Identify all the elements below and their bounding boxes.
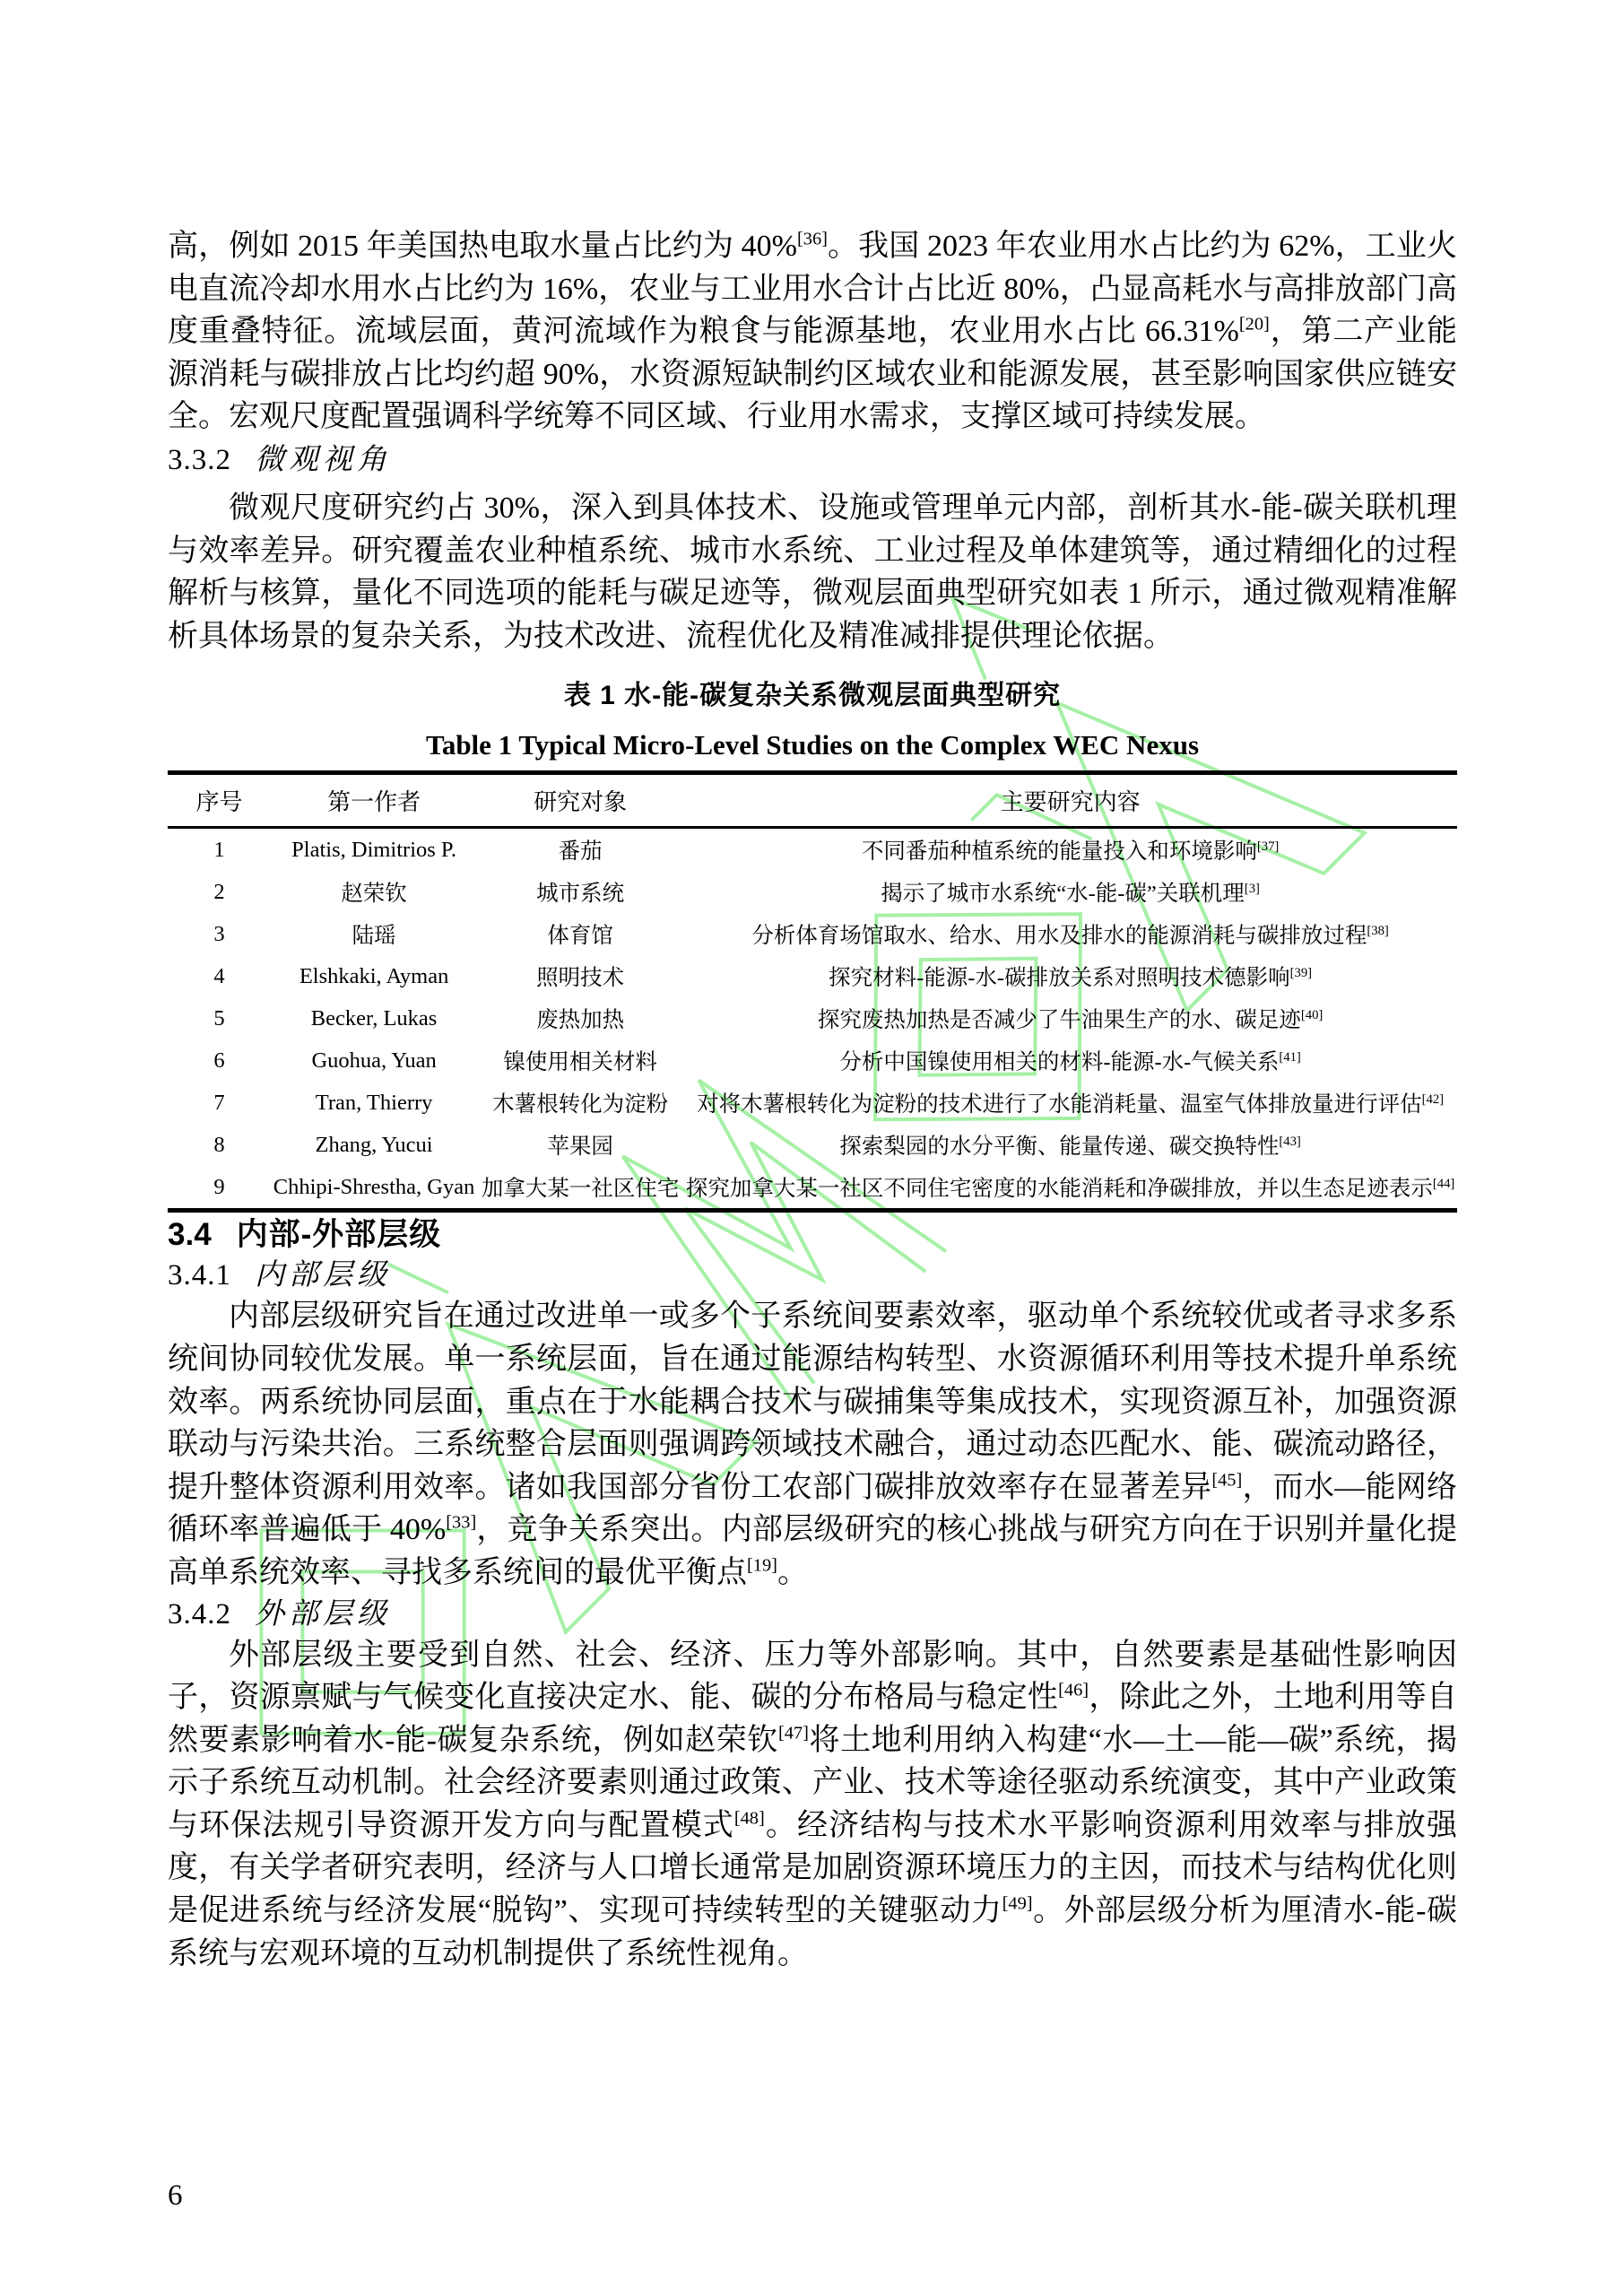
cell-content: 揭示了城市水系统“水-能-碳”关联机理[3] <box>683 876 1457 908</box>
cell-no: 3 <box>168 922 271 947</box>
table-body: 1 Platis, Dimitrios P. 番茄 不同番茄种植系统的能量投入和… <box>168 829 1457 1208</box>
heading-title: 外部层级 <box>255 1598 391 1631</box>
cell-author: Tran, Thierry <box>271 1091 477 1116</box>
cell-author: Elshkaki, Ayman <box>271 964 477 989</box>
cell-object: 苹果园 <box>477 1129 683 1161</box>
table-row: 6 Guohua, Yuan 镍使用相关材料 分析中国镍使用相关的材料-能源-水… <box>168 1039 1457 1082</box>
cell-author: 赵荣钦 <box>271 876 477 908</box>
paragraph-micro: 微观尺度研究约占 30%，深入到具体技术、设施或管理单元内部，剖析其水-能-碳关… <box>168 487 1457 657</box>
paragraph-internal: 内部层级研究旨在通过改进单一或多个子系统间要素效率，驱动单个系统较优或者寻求多系… <box>168 1295 1457 1594</box>
table-row: 3 陆瑶 体育馆 分析体育场馆取水、给水、用水及排水的能源消耗与碳排放过程[38… <box>168 913 1457 955</box>
cell-content: 探究材料-能源-水-碳排放关系对照明技术德影响[39] <box>683 961 1457 992</box>
cell-object: 木薯根转化为淀粉 <box>477 1087 683 1118</box>
table-row: 5 Becker, Lukas 废热加热 探究废热加热是否减少了牛油果生产的水、… <box>168 997 1457 1039</box>
heading-number: 3.3.2 <box>168 444 231 476</box>
heading-title: 微观视角 <box>255 444 391 476</box>
paragraph-macro-continuation: 高，例如 2015 年美国热电取水量占比约为 40%[36]。我国 2023 年… <box>168 225 1457 439</box>
cell-content: 分析体育场馆取水、给水、用水及排水的能源消耗与碳排放过程[38] <box>683 918 1457 950</box>
table-row: 1 Platis, Dimitrios P. 番茄 不同番茄种植系统的能量投入和… <box>168 829 1457 871</box>
cell-author: Platis, Dimitrios P. <box>271 838 477 863</box>
cell-author: Zhang, Yucui <box>271 1133 477 1158</box>
table-title-zh: 表 1 水-能-碳复杂关系微观层面典型研究 <box>168 677 1457 715</box>
column-header-no: 序号 <box>168 784 271 817</box>
cell-content: 探究加拿大某一社区不同住宅密度的水能消耗和净碳排放，并以生态足迹表示[44] <box>683 1171 1457 1203</box>
cell-content: 探究废热加热是否减少了牛油果生产的水、碳足迹[40] <box>683 1003 1457 1034</box>
cell-content: 对将木薯根转化为淀粉的技术进行了水能消耗量、温室气体排放量进行评估[42] <box>683 1087 1457 1118</box>
column-header-content: 主要研究内容 <box>683 784 1457 817</box>
cell-author: Guohua, Yuan <box>271 1048 477 1074</box>
cell-author: Chhipi-Shrestha, Gyan <box>271 1175 477 1200</box>
heading-title: 内部-外部层级 <box>237 1217 442 1252</box>
cell-content: 分析中国镍使用相关的材料-能源-水-气候关系[41] <box>683 1045 1457 1076</box>
cell-no: 6 <box>168 1048 271 1074</box>
table-row: 7 Tran, Thierry 木薯根转化为淀粉 对将木薯根转化为淀粉的技术进行… <box>168 1082 1457 1124</box>
column-header-author: 第一作者 <box>271 784 477 817</box>
table-row: 9 Chhipi-Shrestha, Gyan 加拿大某一社区住宅 探究加拿大某… <box>168 1166 1457 1208</box>
table-row: 4 Elshkaki, Ayman 照明技术 探究材料-能源-水-碳排放关系对照… <box>168 955 1457 997</box>
page-content: 高，例如 2015 年美国热电取水量占比约为 40%[36]。我国 2023 年… <box>168 0 1457 2217</box>
cell-no: 4 <box>168 964 271 989</box>
cell-object: 体育馆 <box>477 918 683 950</box>
heading-3-4-2: 3.4.2外部层级 <box>168 1595 1457 1634</box>
cell-object: 加拿大某一社区住宅 <box>477 1171 683 1203</box>
heading-number: 3.4.2 <box>168 1598 231 1631</box>
cell-no: 8 <box>168 1133 271 1158</box>
cell-no: 9 <box>168 1175 271 1200</box>
table-row: 8 Zhang, Yucui 苹果园 探索梨园的水分平衡、能量传递、碳交换特性[… <box>168 1124 1457 1166</box>
paper-page: { "watermark": { "color": "#a6f0a6" }, "… <box>0 0 1623 2296</box>
heading-number: 3.4 <box>168 1217 212 1252</box>
cell-content: 不同番茄种植系统的能量投入和环境影响[37] <box>683 834 1457 865</box>
cell-object: 城市系统 <box>477 876 683 908</box>
heading-3-3-2: 3.3.2微观视角 <box>168 439 1457 482</box>
column-header-object: 研究对象 <box>477 784 683 817</box>
page-number: 6 <box>168 2174 1457 2217</box>
cell-object: 照明技术 <box>477 961 683 992</box>
table-header-row: 序号 第一作者 研究对象 主要研究内容 <box>168 775 1457 829</box>
heading-title: 内部层级 <box>255 1259 391 1291</box>
table-title-en: Table 1 Typical Micro-Level Studies on t… <box>168 726 1457 765</box>
cell-no: 5 <box>168 1006 271 1031</box>
cell-object: 镍使用相关材料 <box>477 1045 683 1076</box>
cell-object: 废热加热 <box>477 1003 683 1034</box>
cell-author: Becker, Lukas <box>271 1006 477 1031</box>
cell-object: 番茄 <box>477 834 683 865</box>
heading-number: 3.4.1 <box>168 1259 231 1291</box>
cell-no: 7 <box>168 1091 271 1116</box>
cell-author: 陆瑶 <box>271 918 477 950</box>
cell-no: 1 <box>168 838 271 863</box>
table-1: 序号 第一作者 研究对象 主要研究内容 1 Platis, Dimitrios … <box>168 770 1457 1213</box>
heading-3-4-1: 3.4.1内部层级 <box>168 1256 1457 1295</box>
table-row: 2 赵荣钦 城市系统 揭示了城市水系统“水-能-碳”关联机理[3] <box>168 871 1457 913</box>
heading-3-4: 3.4内部-外部层级 <box>168 1214 1457 1256</box>
paragraph-external: 外部层级主要受到自然、社会、经济、压力等外部影响。其中，自然要素是基础性影响因子… <box>168 1634 1457 1976</box>
cell-no: 2 <box>168 880 271 905</box>
cell-content: 探索梨园的水分平衡、能量传递、碳交换特性[43] <box>683 1129 1457 1161</box>
